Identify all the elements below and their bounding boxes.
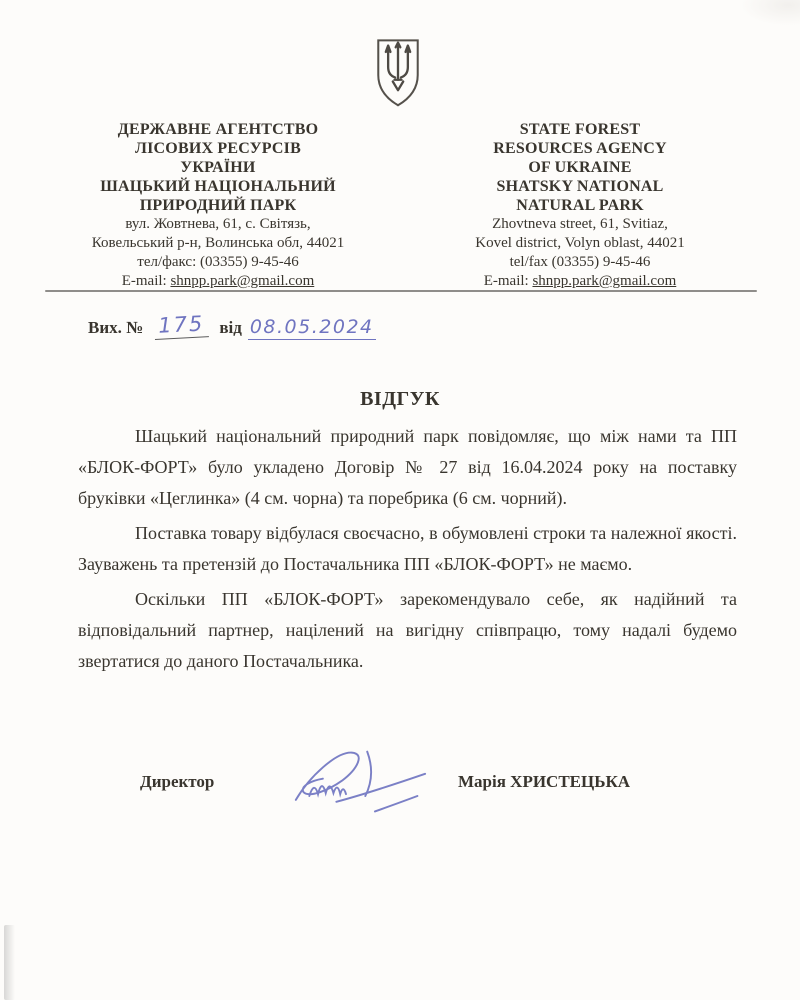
org-name-line: ПРИРОДНИЙ ПАРК bbox=[72, 196, 364, 215]
org-name-line: ШАЦЬКИЙ НАЦІОНАЛЬНИЙ bbox=[72, 177, 364, 196]
email-line: E-mail: shnpp.park@gmail.com bbox=[440, 272, 720, 291]
address-line: Zhovtneva street, 61, Svitiaz, bbox=[440, 215, 720, 234]
letter-title: ВІДГУК bbox=[0, 388, 800, 411]
scanned-letter-page: ДЕРЖАВНЕ АГЕНТСТВО ЛІСОВИХ РЕСУРСІВ УКРА… bbox=[0, 0, 800, 1000]
org-block-english: STATE FOREST RESOURCES AGENCY OF UKRAINE… bbox=[440, 120, 720, 291]
address-line: тел/факс: (03355) 9-45-46 bbox=[72, 253, 364, 272]
signer-name: Марія ХРИСТЕЦЬКА bbox=[458, 772, 630, 792]
header-divider-line bbox=[45, 290, 757, 292]
org-name-line: NATURAL PARK bbox=[440, 196, 720, 215]
email-address: shnpp.park@gmail.com bbox=[170, 273, 314, 289]
org-name-line: ЛІСОВИХ РЕСУРСІВ bbox=[72, 139, 364, 158]
org-block-ukrainian: ДЕРЖАВНЕ АГЕНТСТВО ЛІСОВИХ РЕСУРСІВ УКРА… bbox=[72, 120, 364, 291]
ukraine-trident-emblem-icon bbox=[369, 36, 427, 116]
org-name-line: OF UKRAINE bbox=[440, 158, 720, 177]
email-label: E-mail: bbox=[484, 273, 529, 289]
org-name-line: SHATSKY NATIONAL bbox=[440, 177, 720, 196]
address-line: Ковельський р-н, Волинська обл, 44021 bbox=[72, 234, 364, 253]
date-label: від bbox=[219, 318, 242, 338]
org-name-line: УКРАЇНИ bbox=[72, 158, 364, 177]
reference-line: Вих. № 175 від 08.05.2024 bbox=[88, 314, 376, 340]
body-paragraph: Поставка товару відбулася своєчасно, в о… bbox=[78, 518, 737, 580]
body-paragraph: Оскільки ПП «БЛОК-ФОРТ» зарекомендувало … bbox=[78, 584, 737, 677]
email-address: shnpp.park@gmail.com bbox=[532, 273, 676, 289]
address-line: вул. Жовтнева, 61, с. Світязь, bbox=[72, 215, 364, 234]
scan-artifact bbox=[4, 925, 15, 1000]
org-name-line: STATE FOREST bbox=[440, 120, 720, 139]
outgoing-number-handwritten: 175 bbox=[154, 311, 209, 340]
letter-body: Шацький національний природний парк пові… bbox=[78, 421, 737, 681]
org-name-line: RESOURCES AGENCY bbox=[440, 139, 720, 158]
scan-artifact bbox=[740, 0, 800, 26]
email-label: E-mail: bbox=[122, 273, 167, 289]
body-paragraph: Шацький національний природний парк пові… bbox=[78, 421, 737, 514]
signer-role: Директор bbox=[140, 772, 214, 792]
address-line: Kovel district, Volyn oblast, 44021 bbox=[440, 234, 720, 253]
address-line: tel/fax (03355) 9-45-46 bbox=[440, 253, 720, 272]
org-name-line: ДЕРЖАВНЕ АГЕНТСТВО bbox=[72, 120, 364, 139]
signature-scribble bbox=[282, 742, 437, 824]
email-line: E-mail: shnpp.park@gmail.com bbox=[72, 272, 364, 291]
outgoing-number-label: Вих. № bbox=[88, 318, 143, 338]
date-handwritten: 08.05.2024 bbox=[248, 316, 376, 340]
